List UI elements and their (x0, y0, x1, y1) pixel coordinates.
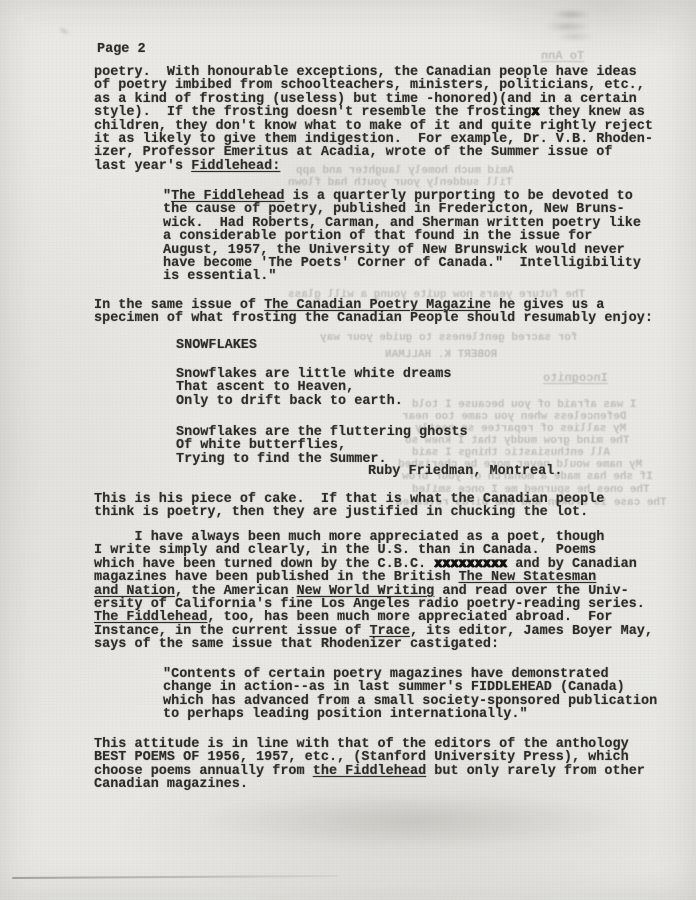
paragraph-3: This is his piece of cake. If that is wh… (94, 493, 604, 520)
text-line: Page 2 (97, 43, 146, 56)
text-line: think is poetry, then they are justified… (94, 506, 604, 519)
text-line: says of the same issue that Rhodenizer c… (94, 638, 653, 651)
typed-text: specimen of what frosting the Canadian P… (94, 311, 653, 326)
text-line: Only to drift back to earth. (176, 395, 451, 408)
typed-text: last year's (94, 159, 191, 174)
document-page: To AnnAmid much homely laughter and appT… (0, 0, 696, 900)
typed-text: Page 2 (97, 42, 146, 57)
typed-text: Trying to find the Summer. (176, 452, 387, 467)
text-line: Of white butterflies, (176, 439, 468, 452)
paragraph-2: In the same issue of The Canadian Poetry… (94, 299, 653, 326)
text-line: to perhaps leading position internationa… (163, 708, 657, 721)
text-line: BEST POEMS OF 1956, 1957, etc., (Stanfor… (94, 751, 645, 764)
poem-attribution: Ruby Friedman, Montreal. (368, 465, 562, 478)
text-line: last year's Fiddlehead: (94, 160, 653, 173)
poem-stanza-1: Snowflakes are little white dreamsThat a… (176, 368, 451, 408)
text-line: specimen of what frosting the Canadian P… (94, 312, 653, 325)
text-line: change in action--as in last summer's FI… (163, 681, 657, 694)
text-line: Canadian magazines. (94, 778, 645, 791)
text-line: SNOWFLAKES (176, 339, 257, 352)
text-line: I write simply and clearly, in the U.S. … (94, 544, 653, 557)
text-line: a considerable portion of that found in … (163, 230, 641, 243)
text-line: That ascent to Heaven, (176, 381, 451, 394)
blockquote-trace: "Contents of certain poetry magazines ha… (163, 668, 657, 722)
blockquote-rhodenizer: "The Fiddlehead is a quarterly purportin… (163, 190, 641, 284)
typed-text: Only to drift back to earth. (176, 394, 403, 409)
text-line: is essential." (163, 270, 641, 283)
typed-text: to perhaps leading position internationa… (163, 707, 528, 722)
typed-text: says of the same issue that Rhodenizer c… (94, 637, 499, 652)
text-line: izer, Professor Emeritus at Acadia, wrot… (94, 146, 653, 159)
text-line: of poetry imbibed from schoolteachers, m… (94, 79, 653, 92)
typed-text: is essential." (163, 269, 276, 284)
text-line: magazines have been published in the Bri… (94, 571, 653, 584)
text-line: The Fiddlehead, too, has been much more … (94, 611, 653, 624)
paragraph-4: I have always been much more appreciated… (94, 531, 653, 652)
underlined-text: the Fiddlehead (313, 764, 426, 779)
typed-text: SNOWFLAKES (176, 338, 257, 353)
typed-text: but only rarely from other (426, 764, 645, 779)
typed-text-layer: Page 2poetry. With honourable exceptions… (0, 0, 696, 900)
paragraph-5: This attitude is in line with that of th… (94, 738, 645, 792)
typed-text: think is poetry, then they are justified… (94, 505, 588, 520)
text-line: the cause of poetry, published in Freder… (163, 203, 641, 216)
text-line: style). If the frosting doesn't resemble… (94, 106, 653, 119)
poem-title: SNOWFLAKES (176, 339, 257, 352)
typed-text: Ruby Friedman, Montreal. (368, 464, 562, 479)
page-number: Page 2 (97, 43, 146, 56)
text-line: Ruby Friedman, Montreal. (368, 465, 562, 478)
poem-stanza-2: Snowflakes are the fluttering ghostsOf w… (176, 426, 468, 466)
paragraph-1: poetry. With honourable exceptions, the … (94, 66, 653, 173)
underlined-text: Fiddlehead: (191, 159, 280, 174)
typed-text: Canadian magazines. (94, 777, 248, 792)
